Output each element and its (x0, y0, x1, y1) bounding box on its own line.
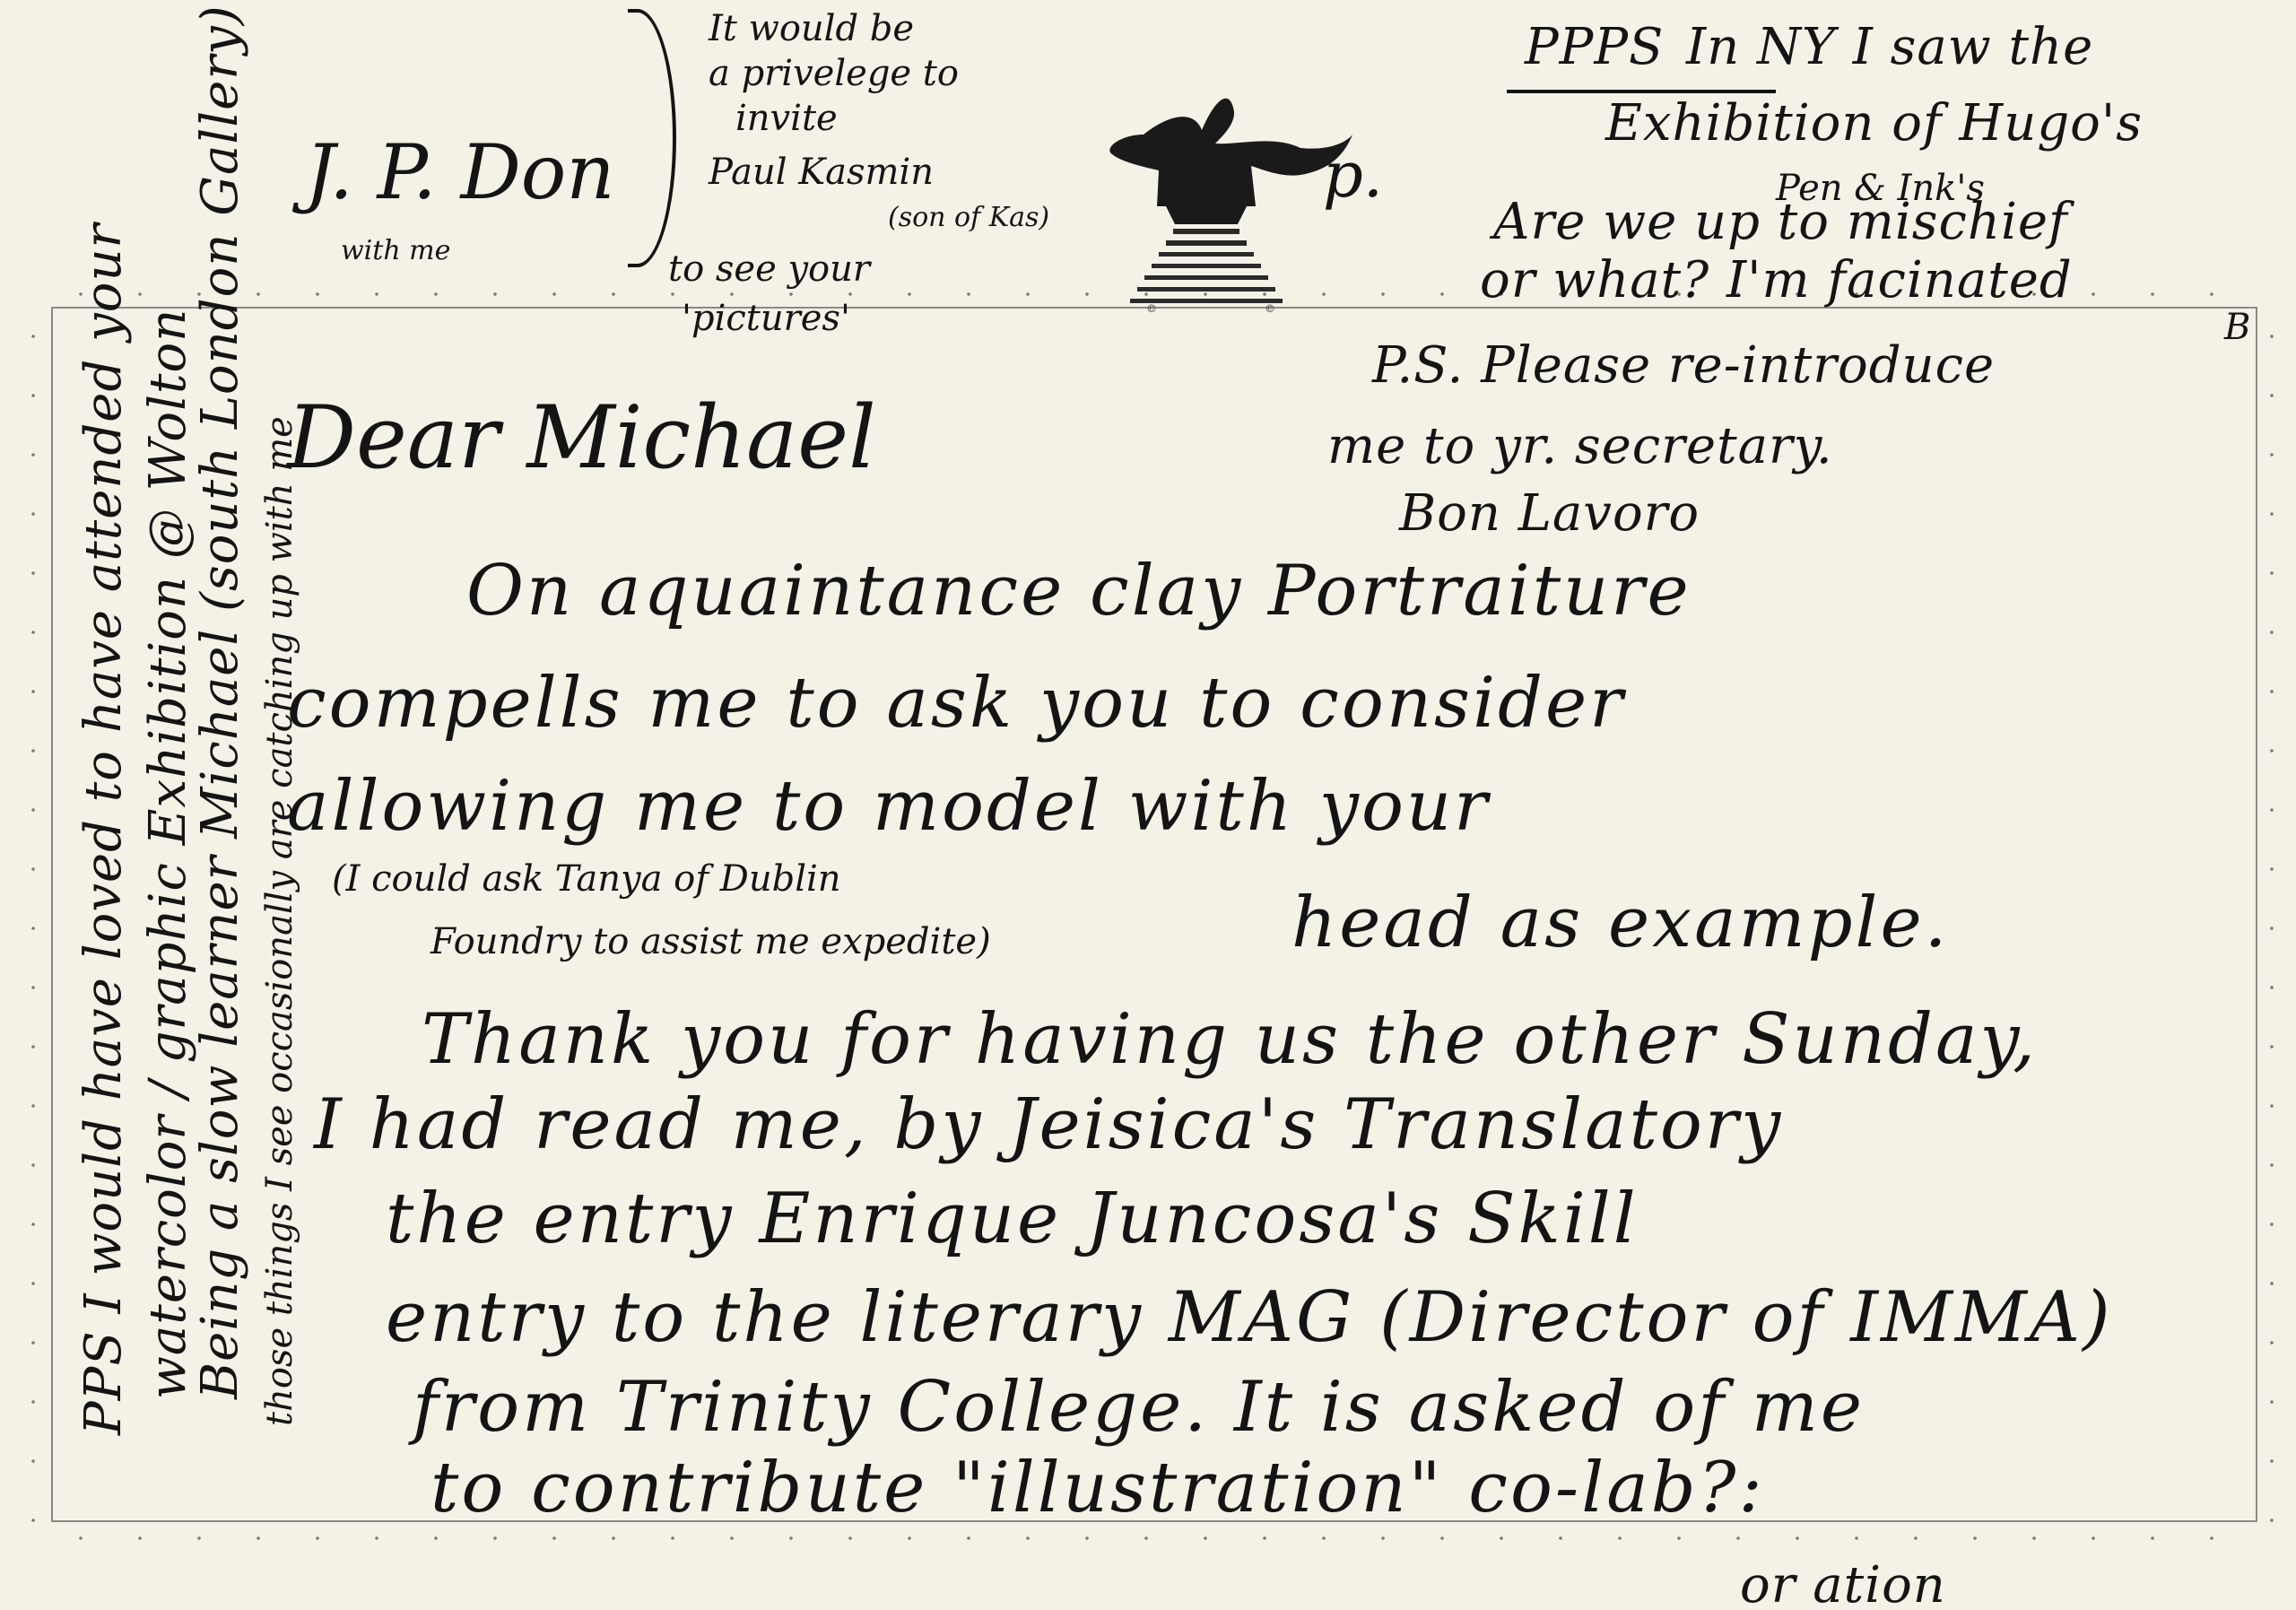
body-line: the entry Enrique Juncosa's Skill (386, 1184, 1639, 1254)
ppps-line: Are we up to mischief (1493, 197, 2068, 248)
ppps-line: Exhibition of Hugo's (1605, 99, 2143, 149)
p-mark: p. (1323, 144, 1383, 206)
margin-line: those things I see occasionally are catc… (262, 416, 298, 1426)
letter-page: PPS I would have loved to have attended … (0, 0, 2296, 1610)
initials: J. P. Don (305, 135, 614, 210)
bracket-line (628, 9, 676, 267)
ppps-line: In NY I saw the (1686, 22, 2093, 73)
ppps-line: or what? I'm facinated (1480, 256, 2073, 306)
body-line: Thank you for having us the other Sunday… (422, 1005, 2038, 1075)
body-line: head as example. (1291, 888, 1949, 958)
ppps-label: PPPS (1525, 22, 1664, 73)
hare-emblem-icon: © © (1058, 81, 1354, 314)
body-line: On aquaintance clay Portraiture (466, 556, 1692, 626)
body-line: or ation (1740, 1561, 1946, 1610)
margin-line: PPS I would have loved to have attended … (79, 223, 129, 1435)
header-note-line: to see your (668, 251, 870, 287)
header-note-line: invite (735, 100, 838, 136)
bottom-dot-margin (51, 1536, 2257, 1541)
salutation: Dear Michael (287, 395, 876, 481)
body-line: from Trinity College. It is asked of me (413, 1372, 1865, 1442)
ps-line: Bon Lavoro (1399, 489, 1700, 539)
underline-arrow (1507, 90, 1776, 93)
left-dot-margin (30, 307, 36, 1527)
parenthetical-line: (I could ask Tanya of Dublin (332, 861, 841, 897)
header-note-line: 'pictures' (682, 300, 850, 336)
body-line: to contribute "illustration" co-lab?: (430, 1453, 1765, 1523)
header-note-line: Paul Kasmin (709, 154, 934, 190)
body-line: I had read me, by Jeisica's Translatory (314, 1090, 1783, 1160)
header-note-line: It would be (709, 11, 914, 47)
parenthetical-line: Foundry to assist me expedite) (430, 924, 991, 960)
author-initial: B (2224, 309, 2250, 345)
right-dot-margin (2269, 307, 2274, 1527)
ps-line: P.S. Please re-introduce (1372, 341, 1995, 391)
body-line: allowing me to model with your (287, 771, 1490, 841)
margin-line: watercolor / graphic Exhibition @ Wolton (143, 309, 194, 1399)
header-note-line: (son of Kas) (888, 205, 1049, 231)
margin-line: Being a slow learner Michael (south Lond… (196, 4, 246, 1399)
header-note-line: a privelege to (709, 56, 959, 91)
ps-line: me to yr. secretary. (1327, 422, 1833, 472)
aside-with-me: with me (341, 238, 450, 265)
copyright-mark: © (1265, 302, 1275, 314)
copyright-mark: © (1146, 302, 1157, 314)
body-line: entry to the literary MAG (Director of I… (386, 1283, 2113, 1353)
body-line: compells me to ask you to consider (287, 668, 1625, 738)
